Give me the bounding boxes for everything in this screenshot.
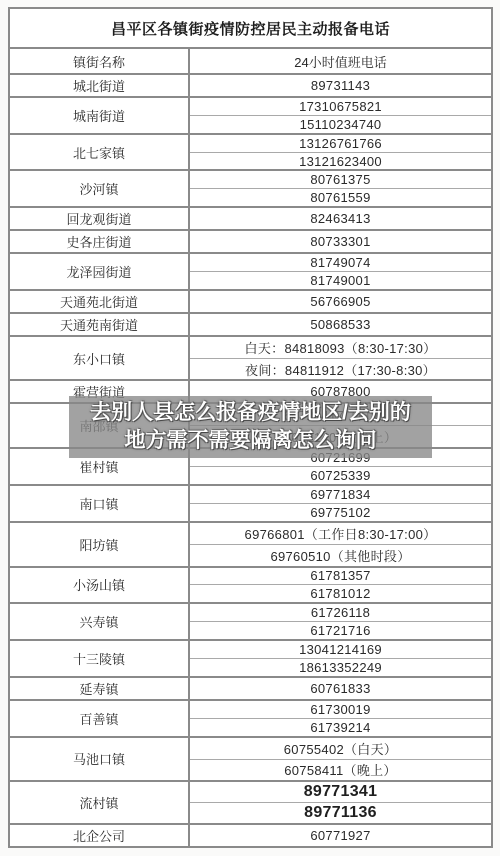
table-group-row: 霍营街道60787800 bbox=[10, 379, 491, 402]
phone-number-cell: 60721699 bbox=[190, 449, 491, 466]
table-group-row: 城南街道1731067582115110234740 bbox=[10, 96, 491, 133]
town-name-cell: 百善镇 bbox=[10, 701, 190, 736]
phone-number-cell: 69766801（工作日8:30-17:00） bbox=[190, 523, 491, 544]
phone-number-cell: 56766905 bbox=[190, 291, 491, 312]
phone-number-cell: 82463413 bbox=[190, 208, 491, 229]
phone-number-cell: 69771834 bbox=[190, 486, 491, 503]
town-name-cell: 史各庄街道 bbox=[10, 231, 190, 252]
phone-cell-stack: 69766801（工作日8:30-17:00）69760510（其他时段） bbox=[190, 523, 491, 566]
town-name-cell: 小汤山镇 bbox=[10, 568, 190, 603]
phone-cell-stack: 60755402（白天）60758411（晚上） bbox=[190, 738, 491, 781]
phone-number-cell: 白天：84818093（8:30-17:30） bbox=[190, 337, 491, 358]
phone-cell-stack: 1304121416918613352249 bbox=[190, 641, 491, 676]
town-name-cell: 北企公司 bbox=[10, 825, 190, 846]
phone-cell-stack: 60761833 bbox=[190, 678, 491, 699]
table-group-row: 史各庄街道80733301 bbox=[10, 229, 491, 252]
phone-number-cell: 17310675821 bbox=[190, 98, 491, 115]
table-group-row: 十三陵镇1304121416918613352249 bbox=[10, 639, 491, 676]
phone-cell-stack: 50868533 bbox=[190, 314, 491, 335]
phone-cell-stack: 6977183469775102 bbox=[190, 486, 491, 521]
phone-cell-stack: 白天：84818093（8:30-17:30）夜间：84811912（17:30… bbox=[190, 337, 491, 380]
town-name-cell: 阳坊镇 bbox=[10, 523, 190, 566]
phone-number-cell: 89771341 bbox=[190, 782, 491, 802]
table-group-row: 城北街道89731143 bbox=[10, 75, 491, 96]
phone-number-cell: 89771136 bbox=[190, 802, 491, 823]
table-group-row: 天通苑南街道50868533 bbox=[10, 312, 491, 335]
table-group-row: 北企公司60771927 bbox=[10, 823, 491, 846]
phone-cell-stack: 80733301 bbox=[190, 231, 491, 252]
table-body: 城北街道89731143城南街道1731067582115110234740北七… bbox=[10, 75, 491, 846]
phone-number-cell: 80761559 bbox=[190, 188, 491, 206]
table-group-row: 南口镇6977183469775102 bbox=[10, 484, 491, 521]
phone-number-cell: 61781357 bbox=[190, 568, 491, 585]
table-group-row: 兴寿镇6172611861721716 bbox=[10, 602, 491, 639]
table-group-row: 龙泽园街道8174907481749001 bbox=[10, 252, 491, 289]
phone-number-cell: 15110234740 bbox=[190, 115, 491, 133]
phone-cell-stack: 6072169960725339 bbox=[190, 449, 491, 484]
table-group-row: 延寿镇60761833 bbox=[10, 676, 491, 699]
phone-cell-stack: 8174907481749001 bbox=[190, 254, 491, 289]
town-name-cell: 沙河镇 bbox=[10, 171, 190, 206]
phone-cell-stack: 60787800 bbox=[190, 381, 491, 402]
phone-number-cell: 60787800 bbox=[190, 381, 491, 402]
table-group-row: 沙河镇8076137580761559 bbox=[10, 169, 491, 206]
town-name-cell: 霍营街道 bbox=[10, 381, 190, 402]
table-group-row: 回龙观街道82463413 bbox=[10, 206, 491, 229]
phone-cell-stack: 1731067582115110234740 bbox=[190, 98, 491, 133]
phone-number-cell: 69775102 bbox=[190, 503, 491, 521]
town-name-cell: 城北街道 bbox=[10, 75, 190, 96]
town-name-cell: 兴寿镇 bbox=[10, 604, 190, 639]
table-group-row: 东小口镇白天：84818093（8:30-17:30）夜间：84811912（1… bbox=[10, 335, 491, 380]
town-name-cell: 龙泽园街道 bbox=[10, 254, 190, 289]
town-name-cell: 天通苑北街道 bbox=[10, 291, 190, 312]
phone-number-cell: 61781012 bbox=[190, 584, 491, 602]
phone-cell-stack: 1312676176613121623400 bbox=[190, 135, 491, 170]
town-name-cell: 十三陵镇 bbox=[10, 641, 190, 676]
phone-number-cell: 13041214169 bbox=[190, 641, 491, 658]
town-name-cell: 崔村镇 bbox=[10, 449, 190, 484]
phone-cell-stack: 60771927 bbox=[190, 825, 491, 846]
town-name-cell: 东小口镇 bbox=[10, 337, 190, 380]
phone-number-cell: 81749001 bbox=[190, 271, 491, 289]
table-group-row: 马池口镇60755402（白天）60758411（晚上） bbox=[10, 736, 491, 781]
table-group-row: 北七家镇1312676176613121623400 bbox=[10, 133, 491, 170]
header-town-name: 镇街名称 bbox=[10, 49, 190, 73]
town-name-cell: 流村镇 bbox=[10, 782, 190, 823]
phone-number-cell: 60758411（晚上） bbox=[190, 759, 491, 781]
report-phone-table: 昌平区各镇街疫情防控居民主动报备电话 镇街名称 24小时值班电话 城北街道897… bbox=[8, 7, 493, 848]
phone-number-cell: 61721716 bbox=[190, 621, 491, 639]
phone-number-cell: 80761375 bbox=[190, 171, 491, 188]
town-name-cell: 马池口镇 bbox=[10, 738, 190, 781]
table-title: 昌平区各镇街疫情防控居民主动报备电话 bbox=[10, 9, 491, 49]
phone-cell-stack: 6178135761781012 bbox=[190, 568, 491, 603]
phone-number-cell: 13126761766 bbox=[190, 135, 491, 152]
table-group-row: 小汤山镇6178135761781012 bbox=[10, 566, 491, 603]
phone-number-cell: 61726118 bbox=[190, 604, 491, 621]
phone-number-cell: 60771927 bbox=[190, 825, 491, 846]
phone-number-cell: 60721407（晚上） bbox=[190, 425, 491, 447]
town-name-cell: 天通苑南街道 bbox=[10, 314, 190, 335]
phone-number-cell: 81749074 bbox=[190, 254, 491, 271]
town-name-cell: 延寿镇 bbox=[10, 678, 190, 699]
phone-cell-stack: 8977134189771136 bbox=[190, 782, 491, 823]
phone-number-cell: 夜间：84811912（17:30-8:30） bbox=[190, 358, 491, 380]
phone-cell-stack: 6172611861721716 bbox=[190, 604, 491, 639]
phone-number-cell: 60725339 bbox=[190, 466, 491, 484]
town-name-cell: 南邵镇 bbox=[10, 404, 190, 447]
town-name-cell: 城南街道 bbox=[10, 98, 190, 133]
table-group-row: 百善镇6173001961739214 bbox=[10, 699, 491, 736]
header-24h-phone: 24小时值班电话 bbox=[190, 49, 491, 73]
phone-number-cell: 50868533 bbox=[190, 314, 491, 335]
table-group-row: 天通苑北街道56766905 bbox=[10, 289, 491, 312]
phone-cell-stack: 82463413 bbox=[190, 208, 491, 229]
phone-number-cell: 60721417（白天） bbox=[190, 404, 491, 425]
table-group-row: 阳坊镇69766801（工作日8:30-17:00）69760510（其他时段） bbox=[10, 521, 491, 566]
town-name-cell: 北七家镇 bbox=[10, 135, 190, 170]
phone-number-cell: 80733301 bbox=[190, 231, 491, 252]
table-group-row: 南邵镇60721417（白天）60721407（晚上） bbox=[10, 402, 491, 447]
phone-number-cell: 61739214 bbox=[190, 718, 491, 736]
phone-number-cell: 89731143 bbox=[190, 75, 491, 96]
phone-cell-stack: 56766905 bbox=[190, 291, 491, 312]
phone-cell-stack: 8076137580761559 bbox=[190, 171, 491, 206]
phone-number-cell: 69760510（其他时段） bbox=[190, 544, 491, 566]
phone-number-cell: 60761833 bbox=[190, 678, 491, 699]
phone-cell-stack: 89731143 bbox=[190, 75, 491, 96]
table-group-row: 崔村镇6072169960725339 bbox=[10, 447, 491, 484]
table-header-row: 镇街名称 24小时值班电话 bbox=[10, 49, 491, 75]
town-name-cell: 回龙观街道 bbox=[10, 208, 190, 229]
phone-number-cell: 13121623400 bbox=[190, 152, 491, 170]
phone-cell-stack: 60721417（白天）60721407（晚上） bbox=[190, 404, 491, 447]
table-group-row: 流村镇8977134189771136 bbox=[10, 780, 491, 823]
town-name-cell: 南口镇 bbox=[10, 486, 190, 521]
phone-cell-stack: 6173001961739214 bbox=[190, 701, 491, 736]
phone-number-cell: 60755402（白天） bbox=[190, 738, 491, 759]
phone-number-cell: 61730019 bbox=[190, 701, 491, 718]
phone-number-cell: 18613352249 bbox=[190, 658, 491, 676]
